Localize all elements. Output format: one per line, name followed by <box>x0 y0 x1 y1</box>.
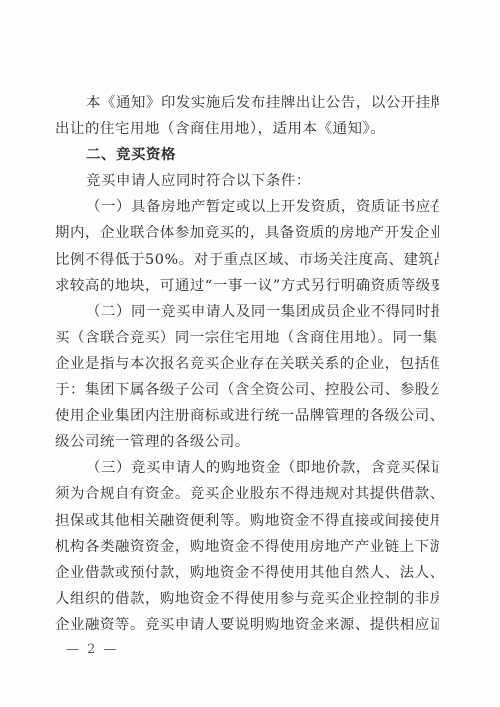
paragraph-line: （三）竞买申请人的购地资金（即地价款，含竞买保证金） <box>55 455 439 481</box>
paragraph-line: 比例不得低于50%。对于重点区域、市场关注度高、建筑品质要 <box>55 247 439 273</box>
paragraph-line: 买（含联合竞买）同一宗住宅用地（含商住用地）。同一集团成员 <box>55 325 439 351</box>
paragraph-line: 本《通知》印发实施后发布挂牌出让公告，以公开挂牌方式 <box>55 90 439 116</box>
paragraph-line: 机构各类融资资金，购地资金不得使用房地产产业链上下游关联 <box>55 534 439 560</box>
page-number: — 2 — <box>66 642 119 657</box>
paragraph-line: 于：集团下属各级子公司（含全资公司、控股公司、参股公司）、 <box>55 377 439 403</box>
paragraph-line: 须为合规自有资金。竞买企业股东不得违规对其提供借款、转贷、 <box>55 481 439 507</box>
paragraph-line: 人组织的借款，购地资金不得使用参与竞买企业控制的非房地产 <box>55 586 439 612</box>
document-body: 本《通知》印发实施后发布挂牌出让公告，以公开挂牌方式 出让的住宅用地（含商住用地… <box>55 90 439 638</box>
paragraph-line: 级公司统一管理的各级公司。 <box>55 429 439 455</box>
paragraph-line: 企业借款或预付款，购地资金不得使用其他自然人、法人、非法 <box>55 560 439 586</box>
document-page: 本《通知》印发实施后发布挂牌出让公告，以公开挂牌方式 出让的住宅用地（含商住用地… <box>0 0 500 707</box>
paragraph-line: 期内，企业联合体参加竞买的，具备资质的房地产开发企业出资 <box>55 220 439 246</box>
section-heading: 二、竞买资格 <box>55 142 439 168</box>
paragraph-line: 竞买申请人应同时符合以下条件： <box>55 168 439 194</box>
paragraph-line: 企业融资等。竞买申请人要说明购地资金来源、提供相应证明并 <box>55 612 439 638</box>
paragraph-line: 担保或其他相关融资便利等。购地资金不得直接或间接使用金融 <box>55 508 439 534</box>
paragraph-line: 求较高的地块，可通过“一事一议”方式另行明确资质等级要求。 <box>55 273 439 299</box>
paragraph-line: （一）具备房地产暂定或以上开发资质，资质证书应在有效 <box>55 194 439 220</box>
paragraph-line: （二）同一竞买申请人及同一集团成员企业不得同时报名竞 <box>55 299 439 325</box>
paragraph-line: 使用企业集团内注册商标或进行统一品牌管理的各级公司、由上 <box>55 403 439 429</box>
paragraph-line: 出让的住宅用地（含商住用地），适用本《通知》。 <box>55 116 439 142</box>
paragraph-line: 企业是指与本次报名竞买企业存在关联关系的企业，包括但不限 <box>55 351 439 377</box>
